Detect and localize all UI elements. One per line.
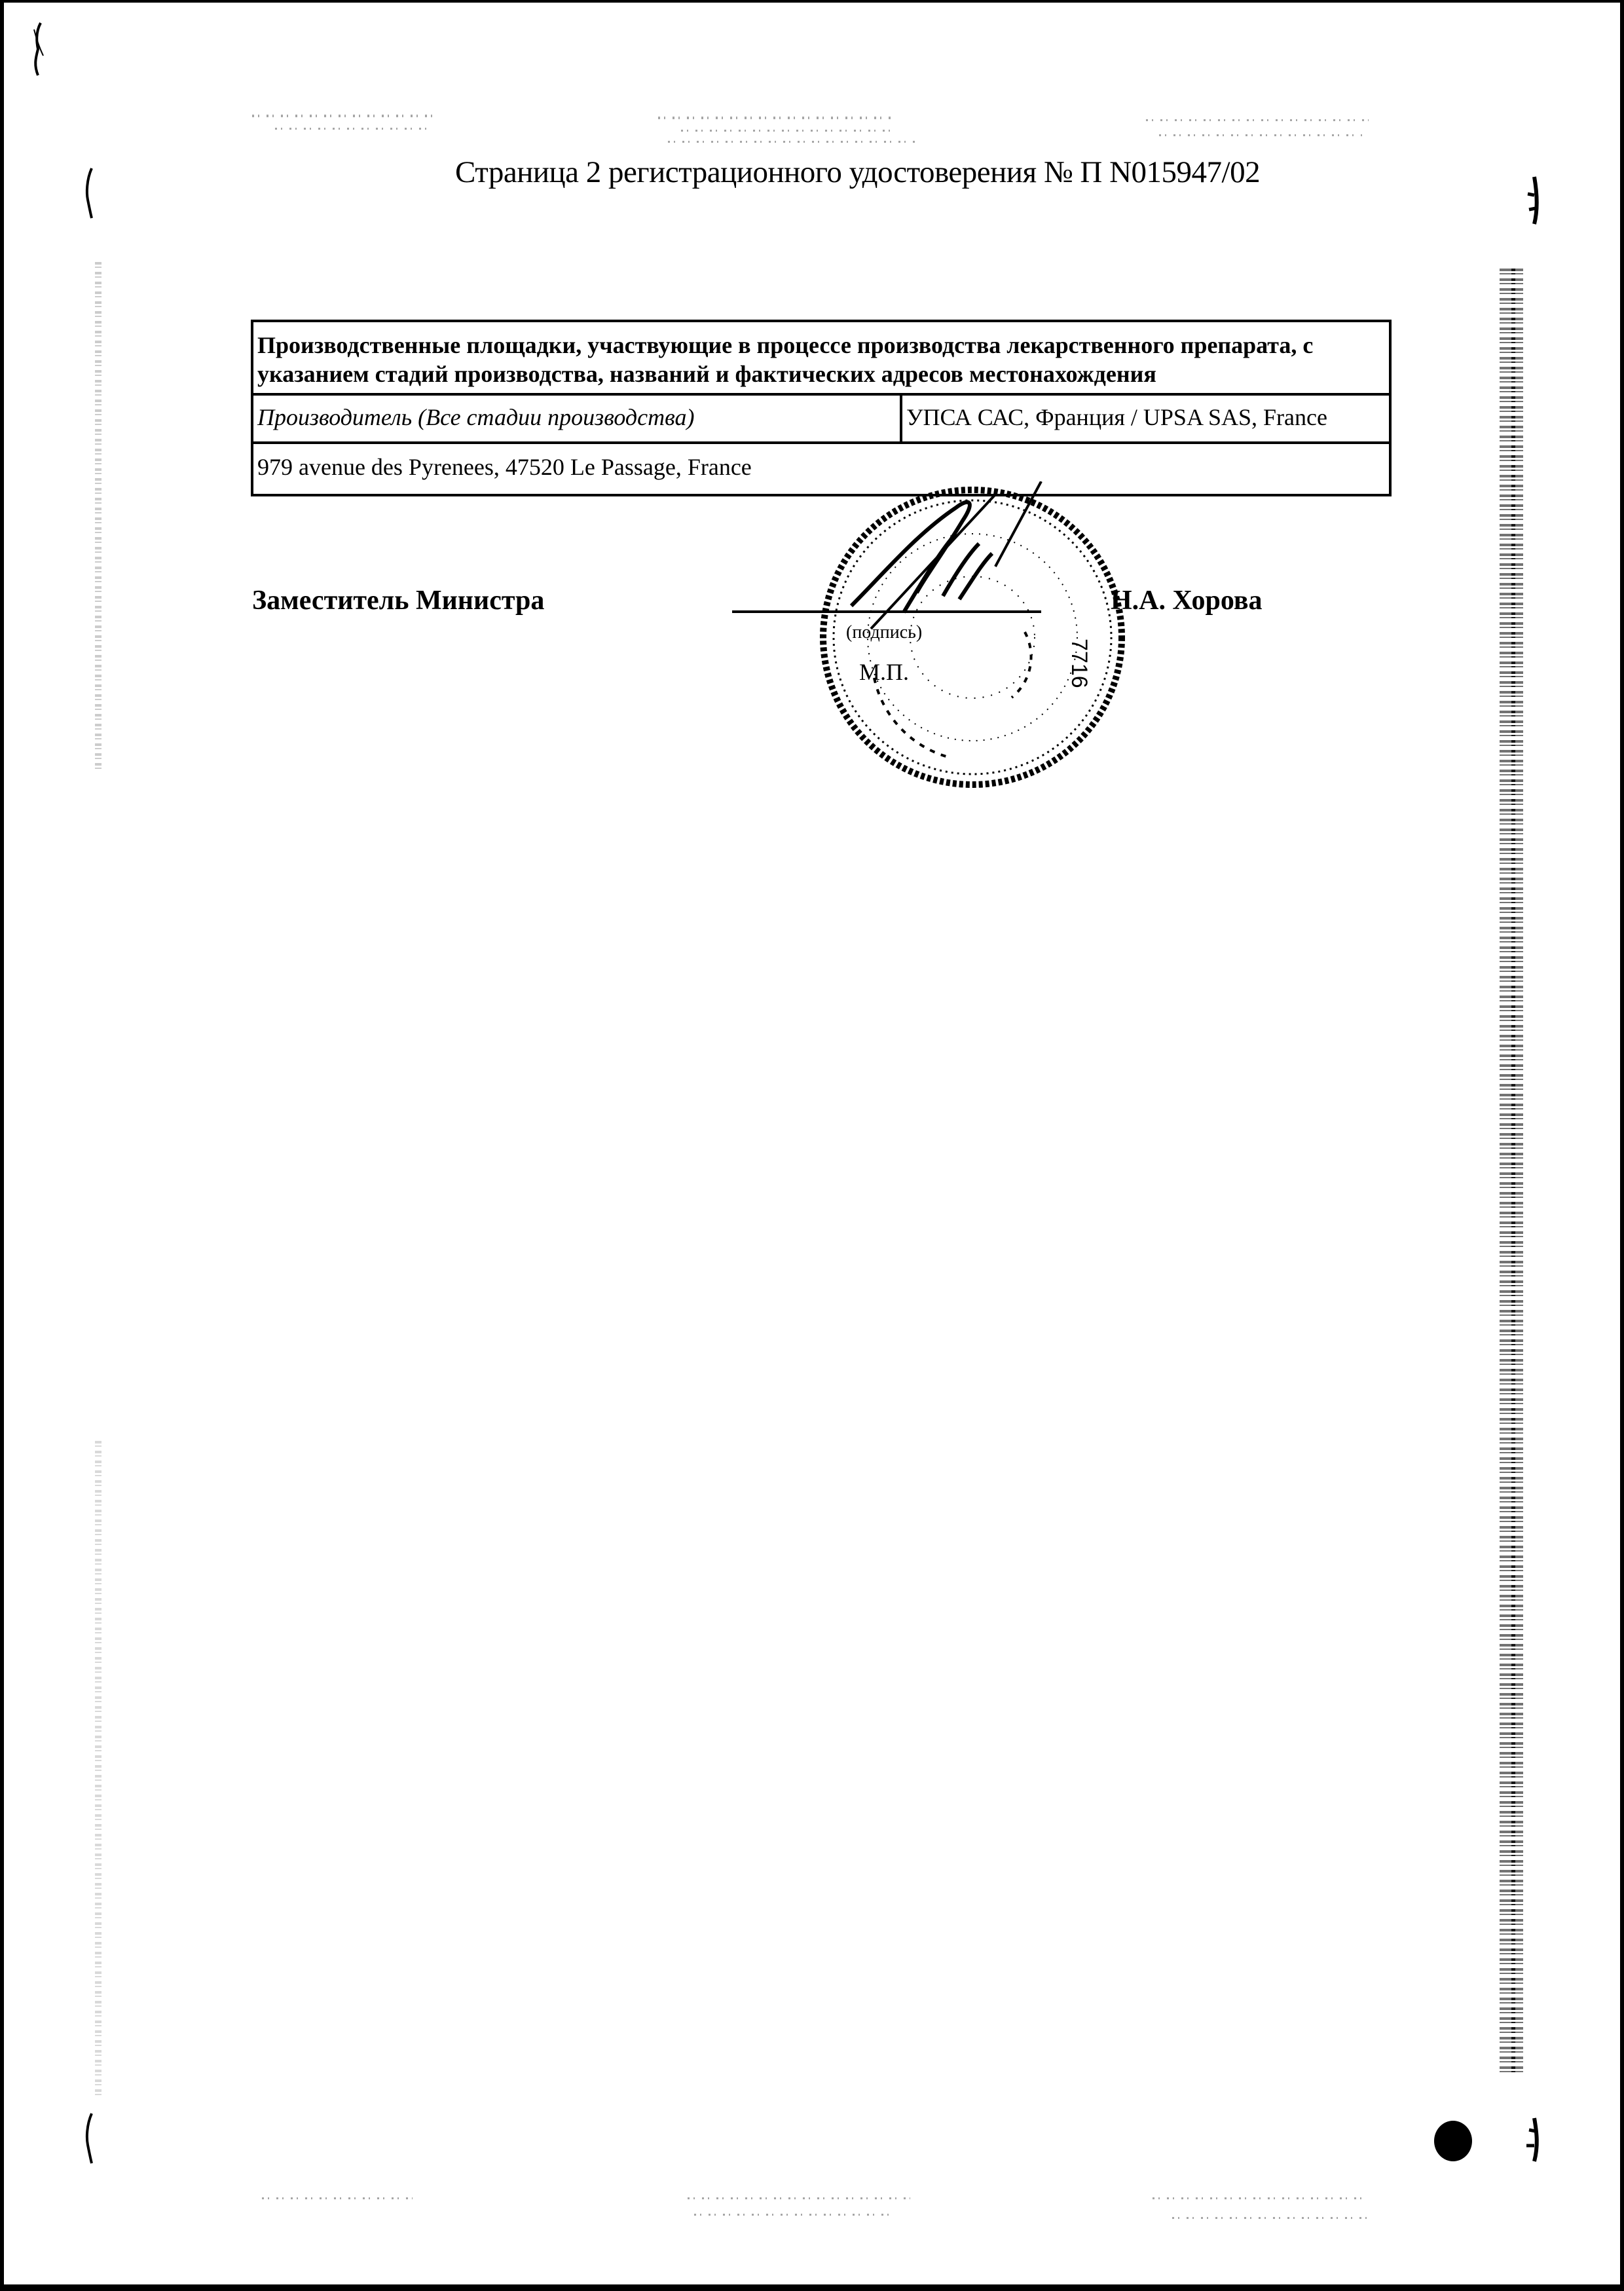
signer-title: Заместитель Министра [252, 585, 544, 616]
scan-artifact-bottom-center [694, 2214, 891, 2216]
scan-artifact-bottom-right [1172, 2217, 1369, 2219]
production-sites-table: Производственные площадки, участвующие в… [251, 320, 1392, 496]
signer-name: Н.А. Хорова [1111, 585, 1263, 616]
scan-artifact-bottom-left [262, 2197, 413, 2199]
scan-artifact-top-right [1146, 119, 1369, 121]
manufacturer-name-cell: УПСА САС, Франция / UPSA SAS, France [901, 394, 1390, 443]
table-header-row: Производственные площадки, участвующие в… [252, 321, 1390, 394]
bracket-mark-icon [84, 167, 97, 219]
punch-hole [1434, 2121, 1472, 2161]
scan-artifact-bottom-right [1153, 2197, 1369, 2199]
scan-artifact-top-left [275, 128, 432, 130]
page-heading: Страница 2 регистрационного удостоверени… [455, 155, 1234, 190]
scan-artifact-bottom-center [688, 2197, 910, 2199]
scan-artifact-right-edge [1511, 269, 1515, 2076]
handwritten-mark-icon [29, 20, 48, 79]
scan-artifact-left-edge [95, 262, 101, 773]
seal-number: 7716 [1067, 639, 1092, 688]
table-header-cell: Производственные площадки, участвующие в… [252, 321, 1390, 394]
scan-artifact-top-right [1159, 134, 1362, 136]
scan-artifact-left-edge [95, 1441, 101, 2096]
bracket-mark-icon [1522, 2117, 1542, 2163]
scan-artifact-top-center [658, 117, 894, 119]
production-stage-cell: Производитель (Все стадии производства) [252, 394, 901, 443]
handwritten-signature-icon [845, 481, 1054, 632]
bracket-mark-icon [1522, 176, 1542, 225]
scan-artifact-top-left [252, 115, 435, 117]
scan-artifact-top-center [668, 141, 917, 143]
bracket-mark-icon [84, 2112, 97, 2165]
table-row: Производитель (Все стадии производства) … [252, 394, 1390, 443]
scan-artifact-top-center [681, 130, 897, 132]
